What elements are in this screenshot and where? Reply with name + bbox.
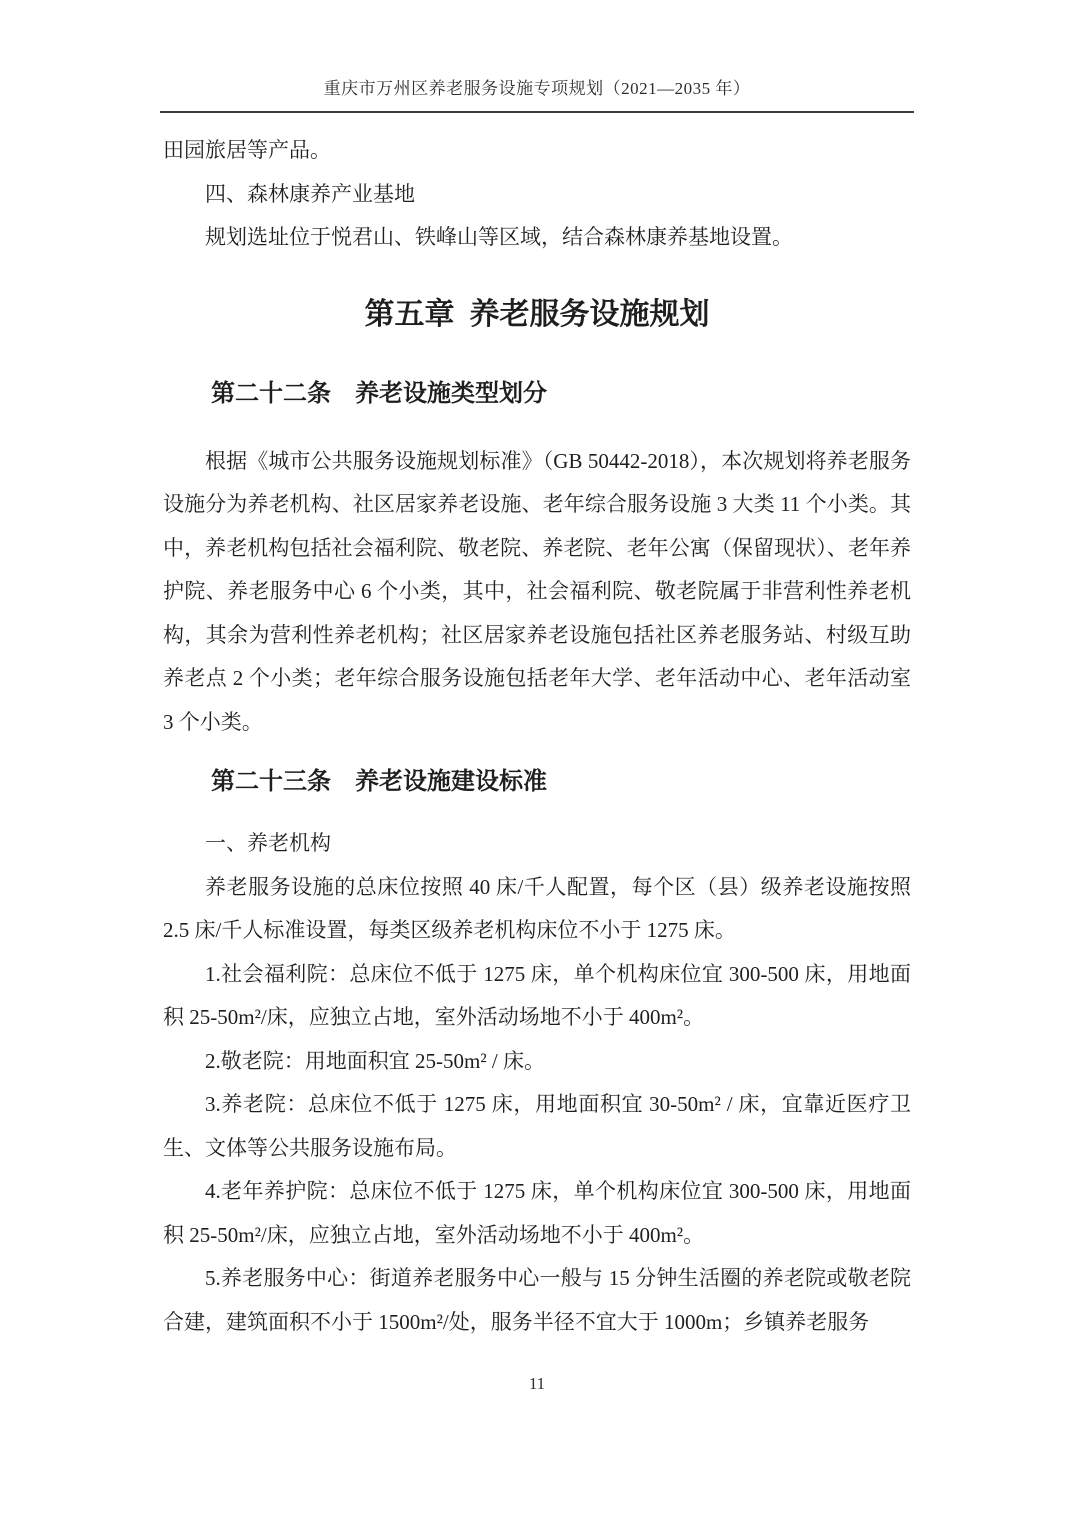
- paragraph-elder-care-home: 4.老年养护院：总床位不低于 1275 床，单个机构床位宜 300-500 床，…: [163, 1170, 911, 1257]
- article-22-heading: 第二十二条 养老设施类型划分: [163, 372, 911, 416]
- paragraph-nursing-home: 3.养老院：总床位不低于 1275 床，用地面积宜 30-50m² / 床，宜靠…: [163, 1083, 911, 1170]
- page-number: 11: [529, 1374, 545, 1393]
- chapter-heading: 第五章 养老服务设施规划: [163, 286, 911, 344]
- subheading-elder-institutions: 一、养老机构: [163, 822, 911, 866]
- paragraph-elder-service-center: 5.养老服务中心：街道养老服务中心一般与 15 分钟生活圈的养老院或敬老院合建，…: [163, 1257, 911, 1344]
- paragraph-site-selection: 规划选址位于悦君山、铁峰山等区域，结合森林康养基地设置。: [163, 216, 911, 260]
- paragraph-bed-standard: 养老服务设施的总床位按照 40 床/千人配置，每个区（县）级养老设施按照 2.5…: [163, 866, 911, 953]
- carryover-paragraph: 田园旅居等产品。: [163, 129, 911, 173]
- paragraph-social-welfare-home: 1.社会福利院：总床位不低于 1275 床，单个机构床位宜 300-500 床，…: [163, 953, 911, 1040]
- article-22-paragraph: 根据《城市公共服务设施规划标准》（GB 50442-2018），本次规划将养老服…: [163, 440, 911, 745]
- document-body: 田园旅居等产品。 四、森林康养产业基地 规划选址位于悦君山、铁峰山等区域，结合森…: [163, 113, 911, 1344]
- article-23-heading: 第二十三条 养老设施建设标准: [163, 760, 911, 804]
- page-footer: 11: [0, 1372, 1074, 1396]
- document-page: 重庆市万州区养老服务设施专项规划（2021—2035 年） 田园旅居等产品。 四…: [0, 0, 1074, 1520]
- list-item-heading-four: 四、森林康养产业基地: [163, 173, 911, 217]
- page-header: 重庆市万州区养老服务设施专项规划（2021—2035 年）: [160, 0, 914, 113]
- running-header-title: 重庆市万州区养老服务设施专项规划（2021—2035 年）: [160, 0, 914, 100]
- paragraph-respect-home: 2.敬老院：用地面积宜 25-50m² / 床。: [163, 1040, 911, 1084]
